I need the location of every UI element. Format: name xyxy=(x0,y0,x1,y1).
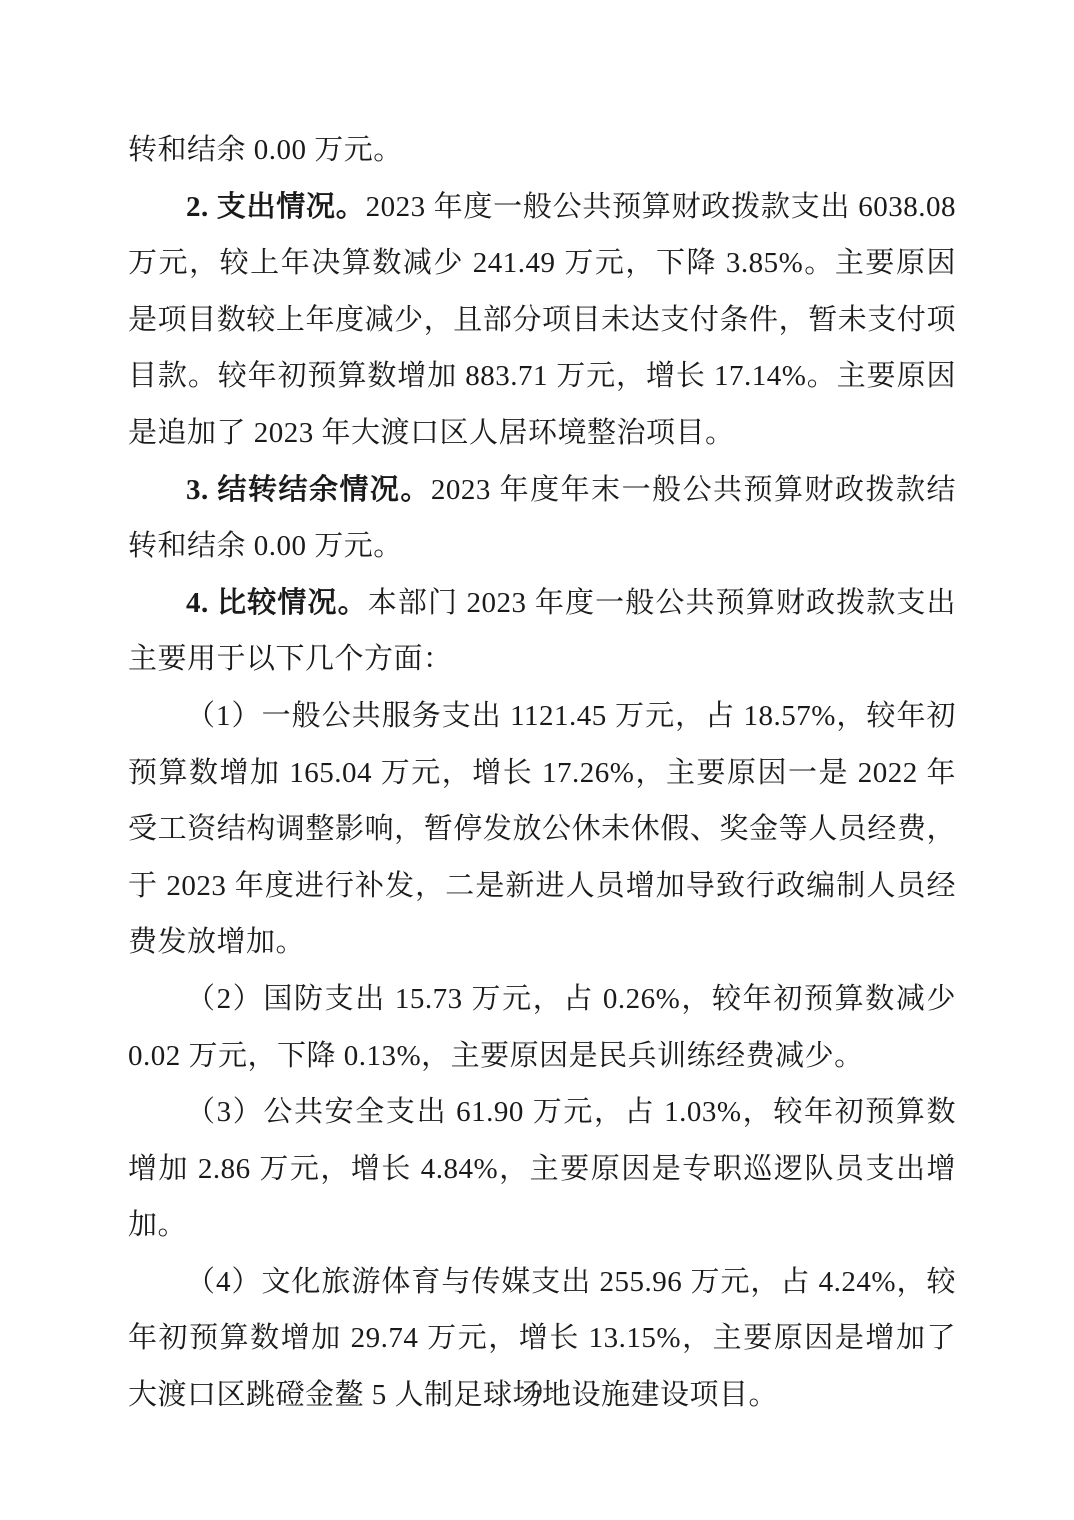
text-run: 2023 年度一般公共预算财政拨款支出 6038.08 万元，较上年决算数减少 … xyxy=(128,191,956,449)
page-number: 9 xyxy=(0,1378,1074,1404)
paragraph: （3）公共安全支出 61.90 万元，占 1.03%，较年初预算数增加 2.86… xyxy=(128,1084,956,1254)
document-page: 转和结余 0.00 万元。2. 支出情况。2023 年度一般公共预算财政拨款支出… xyxy=(0,0,1074,1520)
paragraph: （1）一般公共服务支出 1121.45 万元，占 18.57%，较年初预算数增加… xyxy=(128,688,956,971)
heading-run: 4. 比较情况。 xyxy=(186,587,368,619)
heading-run: 2. 支出情况。 xyxy=(186,191,366,223)
heading-run: 3. 结转结余情况。 xyxy=(186,474,431,506)
text-run: （3）公共安全支出 61.90 万元，占 1.03%，较年初预算数增加 2.86… xyxy=(128,1096,956,1241)
text-run: （1）一般公共服务支出 1121.45 万元，占 18.57%，较年初预算数增加… xyxy=(128,700,956,958)
text-run: （2）国防支出 15.73 万元，占 0.26%，较年初预算数减少 0.02 万… xyxy=(128,983,956,1072)
paragraph: 3. 结转结余情况。2023 年度年末一般公共预算财政拨款结转和结余 0.00 … xyxy=(128,462,956,575)
text-run: 转和结余 0.00 万元。 xyxy=(128,134,403,166)
paragraph: （2）国防支出 15.73 万元，占 0.26%，较年初预算数减少 0.02 万… xyxy=(128,971,956,1084)
paragraph: 4. 比较情况。本部门 2023 年度一般公共预算财政拨款支出主要用于以下几个方… xyxy=(128,575,956,688)
paragraph: 2. 支出情况。2023 年度一般公共预算财政拨款支出 6038.08 万元，较… xyxy=(128,179,956,462)
paragraph: 转和结余 0.00 万元。 xyxy=(128,122,956,179)
document-body: 转和结余 0.00 万元。2. 支出情况。2023 年度一般公共预算财政拨款支出… xyxy=(128,122,956,1424)
